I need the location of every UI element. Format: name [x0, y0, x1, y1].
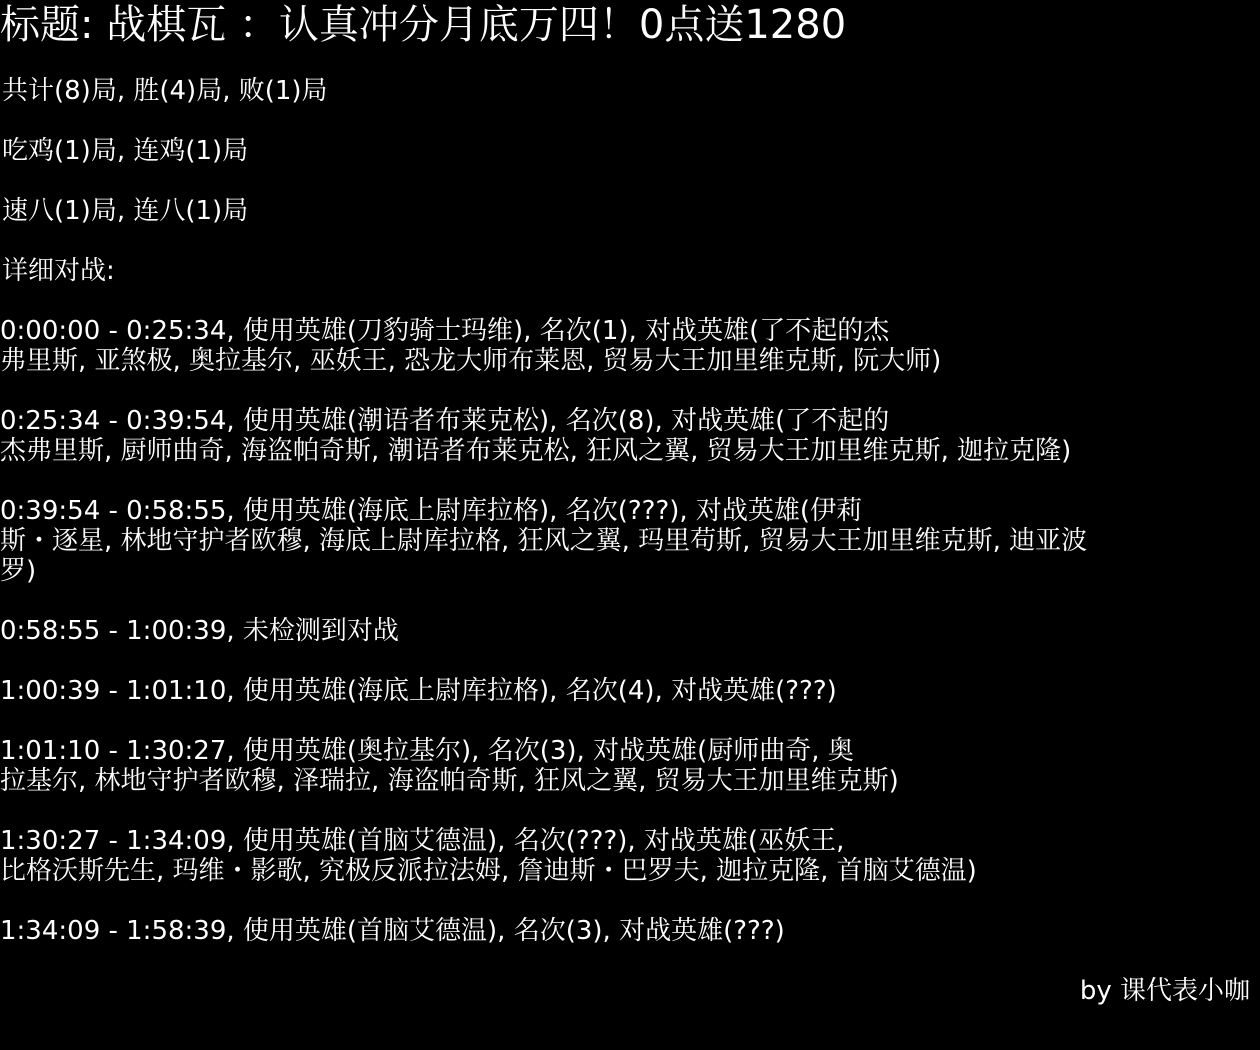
match-line: 0:00:00 - 0:25:34, 使用英雄(刀豹骑士玛维), 名次(1), … [0, 316, 1260, 346]
match-entry-6: 1:01:10 - 1:30:27, 使用英雄(奥拉基尔), 名次(3), 对战… [0, 736, 1260, 796]
match-line: 1:30:27 - 1:34:09, 使用英雄(首脑艾德温), 名次(???),… [0, 826, 1260, 856]
match-line: 比格沃斯先生, 玛维・影歌, 究极反派拉法姆, 詹迪斯・巴罗夫, 迦拉克隆, 首… [0, 856, 1260, 886]
match-entry-5: 1:00:39 - 1:01:10, 使用英雄(海底上尉库拉格), 名次(4),… [0, 676, 1260, 706]
match-entry-8: 1:34:09 - 1:58:39, 使用英雄(首脑艾德温), 名次(3), 对… [0, 916, 1260, 946]
author-credit: by 课代表小咖 [1080, 976, 1250, 1006]
match-line: 罗) [0, 556, 1260, 586]
match-line: 0:39:54 - 0:58:55, 使用英雄(海底上尉库拉格), 名次(???… [0, 496, 1260, 526]
match-line: 拉基尔, 林地守护者欧穆, 泽瑞拉, 海盗帕奇斯, 狂风之翼, 贸易大王加里维克… [0, 766, 1260, 796]
match-line: 1:00:39 - 1:01:10, 使用英雄(海底上尉库拉格), 名次(4),… [0, 676, 1260, 706]
match-entry-7: 1:30:27 - 1:34:09, 使用英雄(首脑艾德温), 名次(???),… [0, 826, 1260, 886]
detail-header: 详细对战: [2, 256, 115, 286]
match-line: 0:58:55 - 1:00:39, 未检测到对战 [0, 616, 1260, 646]
match-entry-1: 0:00:00 - 0:25:34, 使用英雄(刀豹骑士玛维), 名次(1), … [0, 316, 1260, 376]
match-line: 0:25:34 - 0:39:54, 使用英雄(潮语者布莱克松), 名次(8),… [0, 406, 1260, 436]
match-entry-2: 0:25:34 - 0:39:54, 使用英雄(潮语者布莱克松), 名次(8),… [0, 406, 1260, 466]
summary-chicken: 吃鸡(1)局, 连鸡(1)局 [2, 136, 248, 166]
summary-fast-eighth: 速八(1)局, 连八(1)局 [2, 196, 248, 226]
match-line: 斯・逐星, 林地守护者欧穆, 海底上尉库拉格, 狂风之翼, 玛里苟斯, 贸易大王… [0, 526, 1260, 556]
match-line: 弗里斯, 亚煞极, 奥拉基尔, 巫妖王, 恐龙大师布莱恩, 贸易大王加里维克斯,… [0, 346, 1260, 376]
match-line: 杰弗里斯, 厨师曲奇, 海盗帕奇斯, 潮语者布莱克松, 狂风之翼, 贸易大王加里… [0, 436, 1260, 466]
match-line: 1:01:10 - 1:30:27, 使用英雄(奥拉基尔), 名次(3), 对战… [0, 736, 1260, 766]
page-title: 标题: 战棋瓦 ：认真冲分月底万四！0点送1280 [0, 2, 846, 48]
match-line: 1:34:09 - 1:58:39, 使用英雄(首脑艾德温), 名次(3), 对… [0, 916, 1260, 946]
summary-totals: 共计(8)局, 胜(4)局, 败(1)局 [2, 76, 328, 106]
match-entry-3: 0:39:54 - 0:58:55, 使用英雄(海底上尉库拉格), 名次(???… [0, 496, 1260, 586]
match-entry-4: 0:58:55 - 1:00:39, 未检测到对战 [0, 616, 1260, 646]
